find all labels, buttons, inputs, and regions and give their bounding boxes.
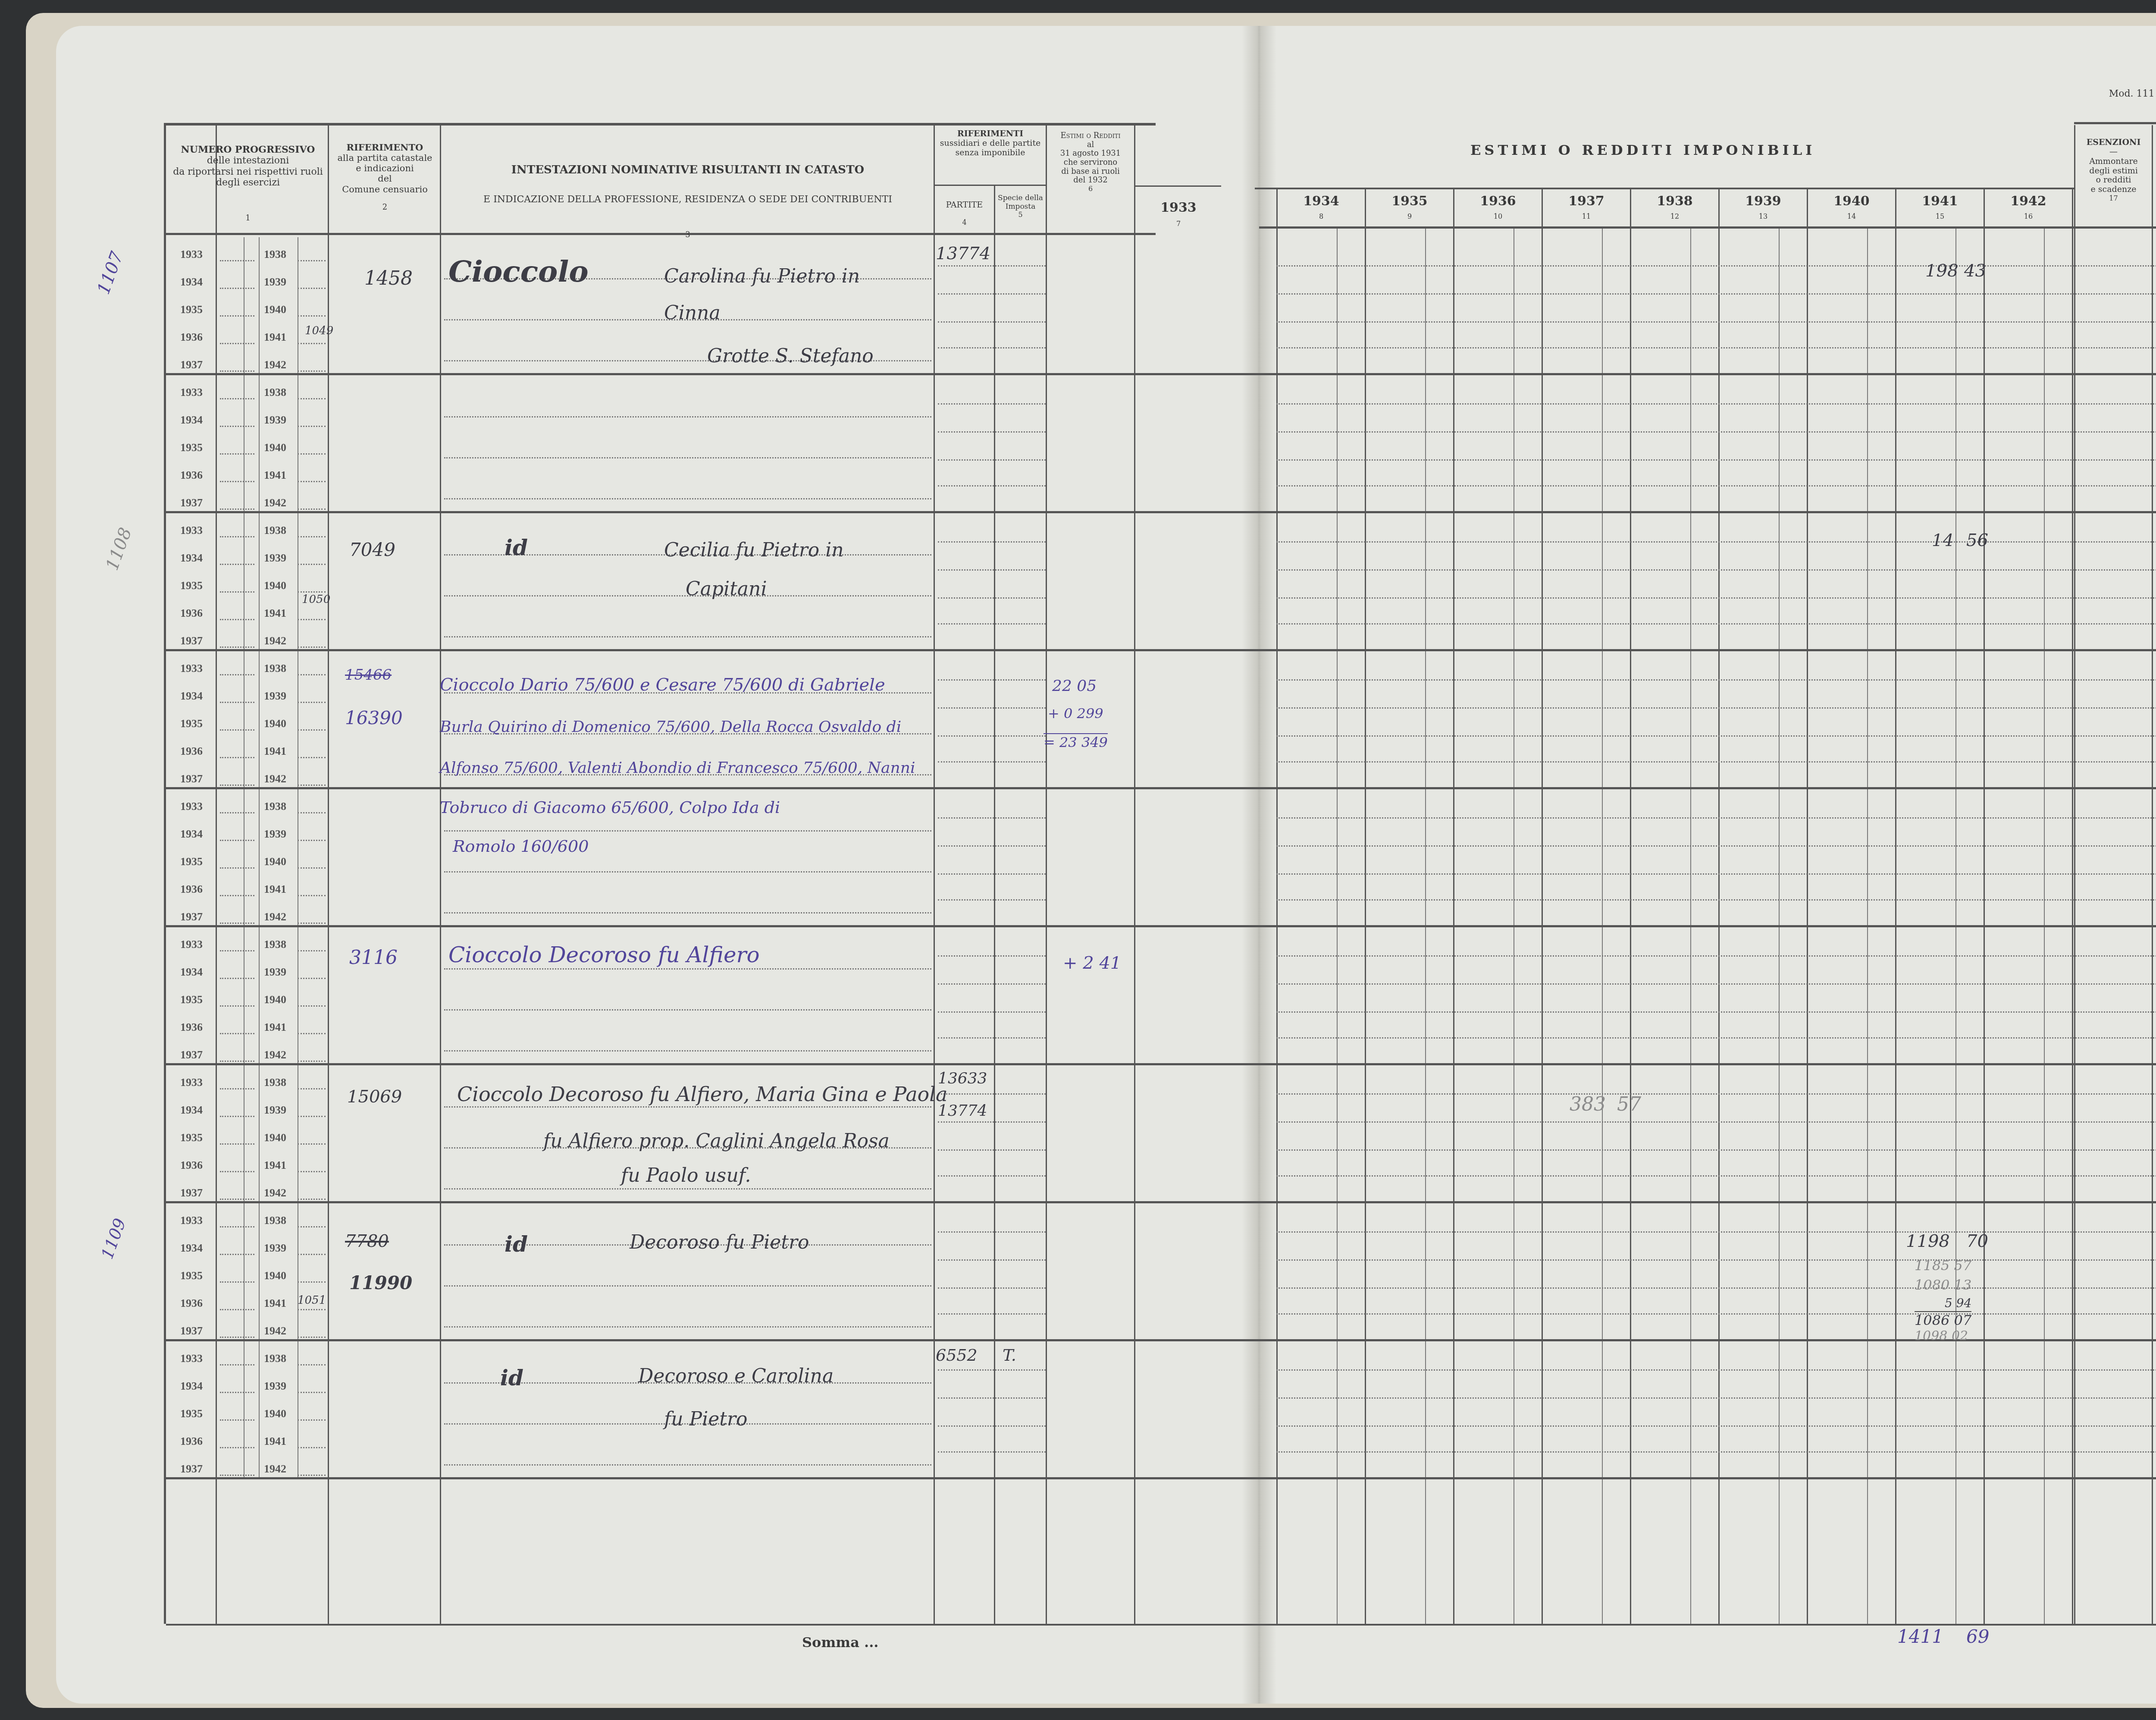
estimo-1931-total: = 23 349 (1044, 733, 1108, 750)
dotted-rule (938, 1397, 1046, 1399)
year-label: 1938 (264, 386, 286, 399)
dotted-rule (938, 679, 1046, 681)
dotted-rule (298, 950, 326, 951)
dotted-rule (938, 265, 1046, 267)
partite-ref: 13774 (938, 1102, 987, 1120)
year-header-1936: 193610 (1454, 194, 1542, 220)
dotted-rule (1276, 1287, 2156, 1289)
dotted-rule (938, 1011, 1046, 1013)
dotted-rule (298, 840, 326, 841)
dotted-rule (298, 1033, 326, 1034)
residence: Grotte S. Stefano (707, 345, 874, 367)
dotted-rule (938, 761, 1046, 763)
dotted-rule (938, 293, 1046, 295)
dotted-rule (298, 1005, 326, 1007)
col5-header: Specie della Imposta 5 (995, 194, 1046, 219)
dotted-rule (1276, 983, 2156, 985)
year-label: 1936 (180, 607, 203, 620)
column-rule (259, 237, 260, 373)
year-label: 1942 (264, 1048, 286, 1061)
dotted-rule (220, 481, 254, 482)
year-label: 1933 (180, 662, 203, 675)
dotted-rule (220, 564, 254, 565)
year-header-1937: 193711 (1543, 194, 1630, 220)
dotted-rule (938, 1369, 1046, 1371)
year-label: 1937 (180, 1325, 203, 1337)
dotted-rule (1276, 679, 2156, 681)
year-label: 1935 (180, 579, 203, 592)
dotted-rule (298, 508, 326, 510)
year-label: 1938 (264, 800, 286, 813)
dotted-rule (298, 591, 326, 593)
year-label: 1938 (264, 1352, 286, 1365)
estimo-1931-line: 22 05 (1052, 677, 1097, 695)
dotted-rule (298, 1254, 326, 1255)
dotted-rule (298, 1226, 326, 1227)
name-line: Tobruco di Giacomo 65/600, Colpo Ida di (440, 798, 780, 817)
dotted-rule (298, 1447, 326, 1448)
year-label: 1942 (264, 1186, 286, 1199)
year-label: 1939 (264, 552, 286, 565)
dotted-rule (298, 867, 326, 869)
prog-number: 1050 (302, 593, 330, 606)
dotted-rule (1276, 707, 2156, 709)
year-label: 1935 (180, 441, 203, 454)
year-header-1941: 194115 (1896, 194, 1984, 220)
idem-mark: id (505, 1231, 528, 1257)
year-label: 1941 (264, 607, 286, 620)
somma-label: Somma ... (802, 1635, 914, 1651)
column-rule (298, 1065, 298, 1201)
year-label: 1937 (180, 634, 203, 647)
dotted-rule (220, 812, 254, 813)
column-rule (298, 1341, 298, 1477)
year-label: 1938 (264, 248, 286, 261)
dotted-rule (444, 457, 931, 458)
dotted-rule (938, 597, 1046, 599)
dotted-rule (938, 1287, 1046, 1289)
column-rule (259, 1203, 260, 1339)
year-label: 1938 (264, 938, 286, 951)
dotted-rule (938, 707, 1046, 709)
dotted-rule (444, 1464, 931, 1466)
year-label: 1938 (264, 1076, 286, 1089)
dotted-rule (298, 370, 326, 372)
dotted-rule (298, 1309, 326, 1310)
name-line: fu Paolo usuf. (621, 1164, 751, 1186)
year-label: 1936 (180, 745, 203, 758)
year-label: 1940 (264, 579, 286, 592)
dotted-rule (298, 1419, 326, 1421)
dotted-rule (938, 1037, 1046, 1039)
dotted-rule (298, 1143, 326, 1145)
year-label: 1933 (180, 248, 203, 261)
dotted-rule (1276, 403, 2156, 405)
record-separator (166, 511, 2156, 513)
year-label: 1937 (180, 1048, 203, 1061)
column-rule (259, 651, 260, 787)
record-separator (166, 787, 2156, 789)
dotted-rule (938, 817, 1046, 819)
estimo-calc: 1080 13 (1915, 1277, 1971, 1293)
dotted-rule (298, 702, 326, 703)
year-label: 1933 (180, 1076, 203, 1089)
dotted-rule (298, 757, 326, 758)
dotted-rule (1276, 1037, 2156, 1039)
dotted-rule (220, 536, 254, 537)
dotted-rule (220, 426, 254, 427)
col2-header: RIFERIMENTO alla partita catastale e ind… (330, 142, 440, 212)
year-header-1934: 19348 (1278, 194, 1365, 220)
name-line: fu Pietro (664, 1408, 748, 1430)
year-header-1940: 194014 (1808, 194, 1895, 220)
dotted-rule (938, 1231, 1046, 1233)
year-label: 1934 (180, 1104, 203, 1117)
year-label: 1939 (264, 414, 286, 427)
dotted-rule (1276, 899, 2156, 901)
dotted-rule (1276, 817, 2156, 819)
name-line: Alfonso 75/600, Valenti Abondio di Franc… (440, 759, 915, 777)
dotted-rule (220, 1419, 254, 1421)
dotted-rule (220, 867, 254, 869)
dotted-rule (298, 315, 326, 317)
dotted-rule (298, 1088, 326, 1089)
form-model-label: Mod. 111 - Imposte Dirette (Intercalare)… (2096, 88, 2156, 99)
dotted-rule (298, 398, 326, 399)
year-label: 1934 (180, 276, 203, 289)
year-header-1935: 19359 (1366, 194, 1453, 220)
year-label: 1936 (180, 883, 203, 896)
dotted-rule (298, 481, 326, 482)
dotted-rule (938, 321, 1046, 323)
dotted-rule (444, 1188, 931, 1190)
dotted-rule (298, 453, 326, 455)
estimo-calc: 5 94 (1945, 1296, 1971, 1310)
dotted-rule (298, 343, 326, 344)
dotted-rule (938, 899, 1046, 901)
dotted-rule (938, 1175, 1046, 1177)
dotted-rule (220, 1061, 254, 1062)
year-label: 1936 (180, 1159, 203, 1172)
year-label: 1941 (264, 1021, 286, 1034)
dotted-rule (1276, 1397, 2156, 1399)
estimo-calc: 1185 57 (1915, 1257, 1971, 1274)
year-label: 1935 (180, 855, 203, 868)
estimo-1931-line: + 0 299 (1048, 705, 1103, 722)
col45-header: RIFERIMENTI sussidiari e delle partite s… (935, 129, 1046, 158)
dotted-rule (938, 569, 1046, 571)
dotted-rule (220, 674, 254, 675)
dotted-rule (298, 1199, 326, 1200)
dotted-rule (938, 403, 1046, 405)
year-label: 1939 (264, 690, 286, 703)
dotted-rule (938, 459, 1046, 461)
estimo-1941: 1198 (1906, 1231, 1950, 1251)
estimo-1941-cents: 70 (1966, 1231, 1988, 1251)
dotted-rule (938, 1121, 1046, 1123)
year-label: 1938 (264, 1214, 286, 1227)
dotted-rule (1276, 623, 2156, 625)
year-label: 1939 (264, 1104, 286, 1117)
dotted-rule (444, 416, 931, 417)
year-label: 1942 (264, 634, 286, 647)
column-rule (244, 789, 244, 925)
name-line: Romolo 160/600 (453, 837, 589, 856)
partite-ref: 6552 (936, 1346, 978, 1365)
year-label: 1937 (180, 496, 203, 509)
dotted-rule (938, 1425, 1046, 1427)
dotted-rule (1276, 1313, 2156, 1315)
dotted-rule (298, 895, 326, 896)
left-page (56, 26, 1255, 1704)
book-gutter (1242, 26, 1276, 1704)
estimo-calc-total: 1086 07 (1915, 1311, 1971, 1328)
dotted-rule (938, 845, 1046, 847)
dotted-rule (1276, 1451, 2156, 1453)
estimo-1941: 198 (1925, 261, 1958, 281)
year-label: 1937 (180, 1186, 203, 1199)
dotted-rule (298, 260, 326, 261)
column-rule (244, 1065, 244, 1201)
dotted-rule (1276, 485, 2156, 486)
column-rule (298, 237, 298, 373)
dotted-rule (1276, 541, 2156, 543)
year-label: 1941 (264, 745, 286, 758)
name-line: fu Alfiero prop. Caglini Angela Rosa (543, 1130, 890, 1152)
dotted-rule (220, 785, 254, 786)
record-separator (166, 649, 2156, 651)
name-line: Decoroso e Carolina (638, 1365, 834, 1387)
year-label: 1939 (264, 1242, 286, 1255)
dotted-rule (1276, 1149, 2156, 1151)
dotted-rule (1276, 1121, 2156, 1123)
dotted-rule (220, 1309, 254, 1310)
year-label: 1937 (180, 1463, 203, 1475)
name-line: Carolina fu Pietro in (664, 265, 860, 287)
column-rule (298, 927, 298, 1063)
year-label: 1940 (264, 441, 286, 454)
year-label: 1933 (180, 1214, 203, 1227)
dotted-rule (1276, 735, 2156, 737)
year-label: 1942 (264, 910, 286, 923)
dotted-rule (938, 1313, 1046, 1315)
partita-number: 3116 (349, 947, 398, 969)
estimi-group-title: ESTIMI O REDDITI IMPONIBILI (1319, 142, 1966, 158)
year-label: 1936 (180, 1435, 203, 1448)
year-label: 1936 (180, 469, 203, 482)
year-label: 1938 (264, 662, 286, 675)
name-line: Decoroso fu Pietro (630, 1231, 809, 1253)
dotted-rule (444, 1326, 931, 1328)
dotted-rule (220, 1143, 254, 1145)
dotted-rule (1276, 761, 2156, 763)
column-rule (259, 789, 260, 925)
dotted-rule (1276, 347, 2156, 348)
dotted-rule (298, 812, 326, 813)
year-label: 1934 (180, 1242, 203, 1255)
dotted-rule (298, 647, 326, 648)
column-rule (298, 513, 298, 649)
dotted-rule (220, 1281, 254, 1283)
year-label: 1933 (180, 524, 203, 537)
dotted-rule (220, 757, 254, 758)
dotted-rule (938, 1451, 1046, 1453)
dotted-rule (220, 1364, 254, 1365)
year-header-1939: 193913 (1720, 194, 1807, 220)
column-rule (244, 237, 244, 373)
dotted-rule (1276, 873, 2156, 875)
year-label: 1937 (180, 910, 203, 923)
dotted-rule (1276, 293, 2156, 295)
column-rule (298, 375, 298, 511)
year-label: 1933 (180, 386, 203, 399)
dotted-rule (938, 955, 1046, 957)
record-separator (166, 925, 2156, 927)
year-label: 1942 (264, 772, 286, 785)
partita-struck: 7780 (345, 1231, 389, 1251)
year-label: 1938 (264, 524, 286, 537)
year-label: 1934 (180, 552, 203, 565)
year-label: 1941 (264, 883, 286, 896)
dotted-rule (298, 1061, 326, 1062)
dotted-rule (220, 398, 254, 399)
name-line: Cecilia fu Pietro in (664, 539, 844, 561)
col6-header: Estimi o Redditi al 31 agosto 1931 che s… (1047, 132, 1134, 193)
dotted-rule (938, 873, 1046, 875)
dotted-rule (298, 1475, 326, 1476)
dotted-rule (938, 1259, 1046, 1261)
table-bottom-rule (166, 1624, 2156, 1626)
dotted-rule (938, 1149, 1046, 1151)
dotted-rule (1276, 459, 2156, 461)
year-label: 1935 (180, 1407, 203, 1420)
dotted-rule (220, 591, 254, 593)
dotted-rule (444, 1106, 931, 1108)
year-label: 1941 (264, 469, 286, 482)
prog-number: 1049 (305, 324, 333, 337)
annotazioni-header: ANNOTAZIONI 18 (2153, 164, 2156, 226)
dotted-rule (1276, 1093, 2156, 1095)
year-label: 1935 (180, 303, 203, 316)
dotted-rule (298, 1116, 326, 1117)
name-line: Cioccolo Dario 75/600 e Cesare 75/600 di… (440, 675, 885, 695)
column-rule (259, 513, 260, 649)
dotted-rule (298, 1171, 326, 1172)
record-separator (166, 373, 2156, 375)
year-label: 1942 (264, 1463, 286, 1475)
year-label: 1937 (180, 358, 203, 371)
year-header-1938: 193812 (1631, 194, 1718, 220)
column-rule (244, 375, 244, 511)
year-label: 1942 (264, 358, 286, 371)
dotted-rule (444, 498, 931, 499)
dotted-rule (220, 1005, 254, 1007)
dotted-rule (220, 1337, 254, 1338)
year-label: 1942 (264, 1325, 286, 1337)
dotted-rule (938, 431, 1046, 433)
dotted-rule (938, 485, 1046, 486)
year-label: 1934 (180, 414, 203, 427)
dotted-rule (938, 1093, 1046, 1095)
esenzioni-header: ESENZIONI — Ammontare degli estimi o red… (2075, 138, 2152, 202)
year-label: 1940 (264, 993, 286, 1006)
column-rule (244, 927, 244, 1063)
year-label: 1935 (180, 993, 203, 1006)
dotted-rule (1276, 431, 2156, 433)
dotted-rule (220, 950, 254, 951)
year-label: 1940 (264, 303, 286, 316)
dotted-rule (1276, 1231, 2156, 1233)
estimo-calc: 1098 02 (1915, 1328, 1968, 1343)
dotted-rule (1276, 265, 2156, 267)
year-label: 1942 (264, 496, 286, 509)
year-label: 1934 (180, 1380, 203, 1393)
dotted-rule (220, 1447, 254, 1448)
dotted-rule (1276, 1369, 2156, 1371)
dotted-rule (220, 288, 254, 289)
somma-1941-cents: 69 (1966, 1626, 1989, 1647)
year-header-1942: 194216 (1985, 194, 2072, 220)
col7-header: 1933 7 (1135, 201, 1222, 228)
year-label: 1935 (180, 1269, 203, 1282)
dotted-rule (220, 453, 254, 455)
year-label: 1935 (180, 1131, 203, 1144)
name-line: Cinna (664, 302, 721, 324)
estimo-1941: 14 (1932, 530, 1954, 550)
dotted-rule (1276, 845, 2156, 847)
column-rule (298, 651, 298, 787)
partita-number: 16390 (345, 707, 403, 728)
dotted-rule (1276, 955, 2156, 957)
somma-1941: 1411 (1897, 1626, 1943, 1647)
idem-mark: id (500, 1365, 523, 1390)
dotted-rule (1276, 1259, 2156, 1261)
year-label: 1936 (180, 1297, 203, 1310)
idem-mark: id (505, 535, 528, 560)
name-line: Burla Quirino di Domenico 75/600, Della … (440, 718, 901, 736)
dotted-rule (220, 260, 254, 261)
year-label: 1934 (180, 690, 203, 703)
dotted-rule (298, 619, 326, 620)
dotted-rule (220, 1392, 254, 1393)
dotted-rule (220, 895, 254, 896)
dotted-rule (298, 536, 326, 537)
dotted-rule (220, 1088, 254, 1089)
dotted-rule (220, 1171, 254, 1172)
dotted-rule (220, 343, 254, 344)
year-label: 1940 (264, 1407, 286, 1420)
year-label: 1941 (264, 1297, 286, 1310)
year-label: 1940 (264, 1269, 286, 1282)
dotted-rule (298, 785, 326, 786)
column-rule (298, 789, 298, 925)
year-label: 1940 (264, 717, 286, 730)
dotted-rule (298, 1281, 326, 1283)
dotted-rule (938, 541, 1046, 543)
column-rule (259, 1341, 260, 1477)
dotted-rule (220, 702, 254, 703)
dotted-rule (298, 1337, 326, 1338)
column-rule (244, 513, 244, 649)
dotted-rule (298, 288, 326, 289)
partite-ref: 13633 (938, 1070, 987, 1087)
partita-number: 11990 (349, 1272, 412, 1293)
year-label: 1940 (264, 1131, 286, 1144)
dotted-rule (220, 1116, 254, 1117)
partita-number: 1458 (364, 267, 413, 289)
dotted-rule (298, 978, 326, 979)
dotted-rule (444, 1009, 931, 1011)
